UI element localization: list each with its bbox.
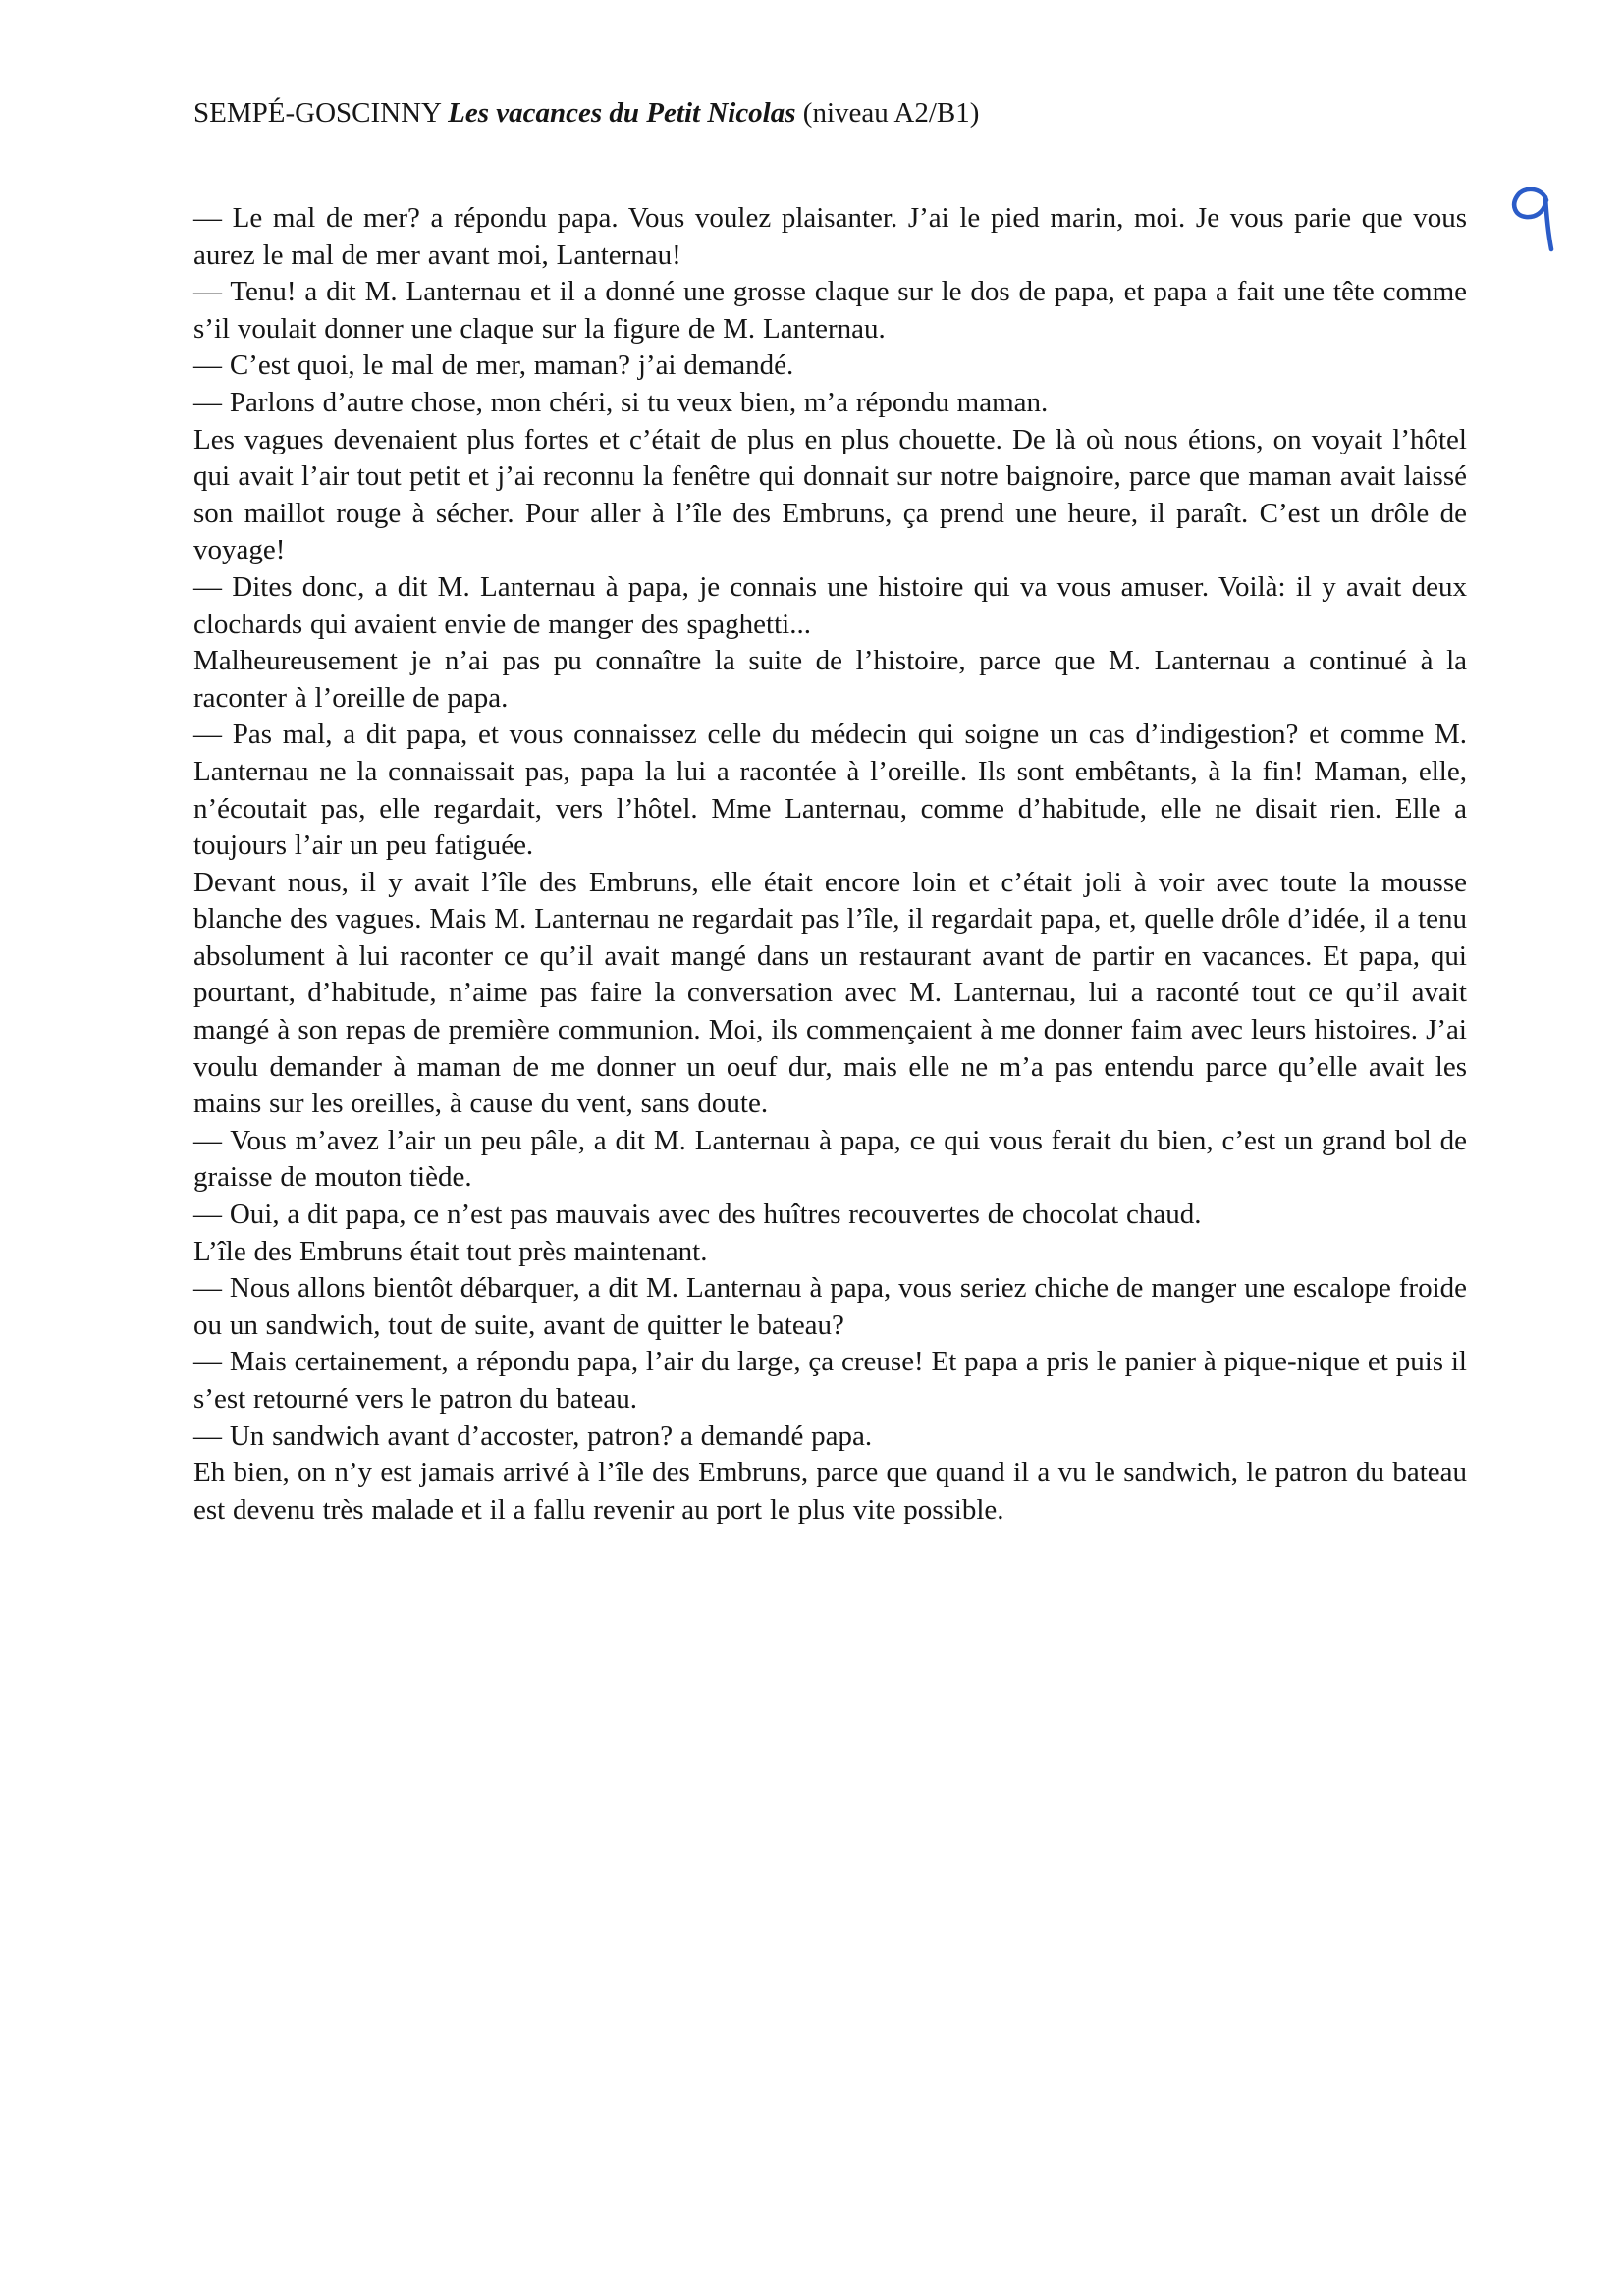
handwritten-page-number <box>1510 185 1557 255</box>
paragraph: — Tenu! a dit M. Lanternau et il a donné… <box>193 274 1467 347</box>
paragraph: — C’est quoi, le mal de mer, maman? j’ai… <box>193 347 1467 385</box>
header-level: (niveau A2/B1) <box>803 97 980 129</box>
paragraph: — Pas mal, a dit papa, et vous connaisse… <box>193 717 1467 864</box>
document-header: SEMPÉ-GOSCINNY Les vacances du Petit Nic… <box>193 94 1467 132</box>
paragraph: Devant nous, il y avait l’île des Embrun… <box>193 865 1467 1123</box>
paragraph: L’île des Embruns était tout près mainte… <box>193 1234 1467 1271</box>
document-page: SEMPÉ-GOSCINNY Les vacances du Petit Nic… <box>0 0 1624 2296</box>
page-content: SEMPÉ-GOSCINNY Les vacances du Petit Nic… <box>193 94 1467 1528</box>
header-author: SEMPÉ-GOSCINNY <box>193 97 441 129</box>
paragraph: Les vagues devenaient plus fortes et c’é… <box>193 422 1467 569</box>
paragraph: Malheureusement je n’ai pas pu connaître… <box>193 643 1467 717</box>
paragraph: — Parlons d’autre chose, mon chéri, si t… <box>193 385 1467 422</box>
story-text: — Le mal de mer? a répondu papa. Vous vo… <box>193 200 1467 1528</box>
paragraph: — Mais certainement, a répondu papa, l’a… <box>193 1344 1467 1417</box>
paragraph: — Vous m’avez l’air un peu pâle, a dit M… <box>193 1123 1467 1197</box>
paragraph: Eh bien, on n’y est jamais arrivé à l’îl… <box>193 1455 1467 1528</box>
paragraph: — Nous allons bientôt débarquer, a dit M… <box>193 1270 1467 1344</box>
book-title: Les vacances du Petit Nicolas <box>448 97 795 129</box>
paragraph: — Un sandwich avant d’accoster, patron? … <box>193 1418 1467 1456</box>
paragraph: — Dites donc, a dit M. Lanternau à papa,… <box>193 569 1467 643</box>
paragraph: — Le mal de mer? a répondu papa. Vous vo… <box>193 200 1467 274</box>
handwritten-digit-9-icon <box>1510 185 1557 255</box>
paragraph: — Oui, a dit papa, ce n’est pas mauvais … <box>193 1197 1467 1234</box>
